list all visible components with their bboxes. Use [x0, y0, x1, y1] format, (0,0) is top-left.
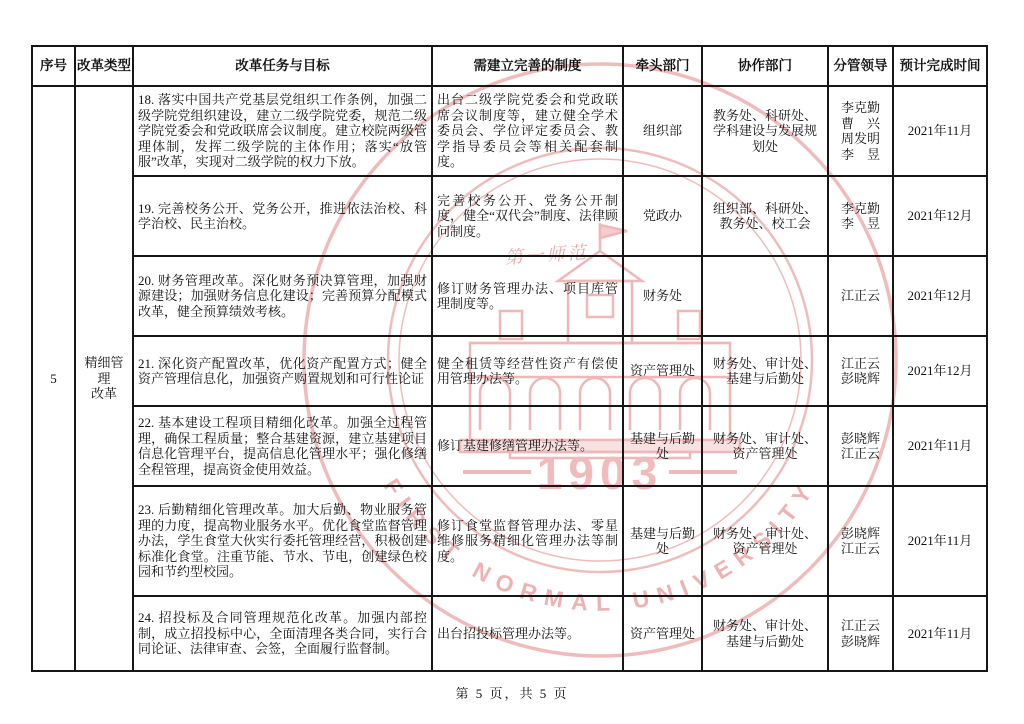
table-row: 24. 招投标及合同管理规范化改革。加强内部控制，成立招投标中心，全面清理各类合…: [32, 596, 987, 671]
table-row: 19. 完善校务公开、党务公开，推进依法治校、科学治校、民主治校。 完善校务公开…: [32, 176, 987, 256]
header-seq: 序号: [32, 46, 75, 86]
cell-leaders: 彭晓辉 江正云: [828, 486, 893, 596]
table-row: 23. 后勤精细化管理改革。加大后勤、物业服务管理的力度，提高物业服务水平。优化…: [32, 486, 987, 596]
cell-collab-dept: 财务处、审计处、资产管理处: [702, 406, 828, 486]
cell-time: 2021年11月: [893, 86, 987, 176]
cell-time: 2021年11月: [893, 596, 987, 671]
cell-collab-dept: [702, 256, 828, 336]
cell-leaders: 江正云: [828, 256, 893, 336]
document-page: { "page": { "footer": "第 5 页，共 5 页" }, "…: [0, 0, 1024, 724]
header-reform-type: 改革类型: [75, 46, 133, 86]
reform-tasks-table: 序号 改革类型 改革任务与目标 需建立完善的制度 牵头部门 协作部门 分管领导 …: [31, 45, 988, 672]
cell-lead-dept: 党政办: [623, 176, 702, 256]
cell-system: 出台二级学院党委会和党政联席会议制度等，建立健全学术委员会、学位评定委员会、教学…: [432, 86, 623, 176]
cell-collab-dept: 财务处、审计处、资产管理处: [702, 486, 828, 596]
cell-system: 出台招投标管理办法等。: [432, 596, 623, 671]
header-leaders: 分管领导: [828, 46, 893, 86]
cell-task: 23. 后勤精细化管理改革。加大后勤、物业服务管理的力度，提高物业服务水平。优化…: [133, 486, 432, 596]
cell-task: 19. 完善校务公开、党务公开，推进依法治校、科学治校、民主治校。: [133, 176, 432, 256]
table-row: 5 精细管理 改革 18. 落实中国共产党基层党组织工作条例，加强二级学院党组织…: [32, 86, 987, 176]
header-lead-dept: 牵头部门: [623, 46, 702, 86]
cell-leaders: 李克勤 李 昱: [828, 176, 893, 256]
cell-task: 18. 落实中国共产党基层党组织工作条例，加强二级学院党组织建设，建立二级学院党…: [133, 86, 432, 176]
cell-system: 修订基建修缮管理办法等。: [432, 406, 623, 486]
cell-time: 2021年12月: [893, 336, 987, 406]
cell-system: 修订食堂监督管理办法、零星维修服务精细化管理办法等制度。: [432, 486, 623, 596]
cell-task: 22. 基本建设工程项目精细化改革。加强全过程管理，确保工程质量；整合基建资源，…: [133, 406, 432, 486]
cell-time: 2021年11月: [893, 486, 987, 596]
header-task: 改革任务与目标: [133, 46, 432, 86]
cell-lead-dept: 基建与后勤处: [623, 406, 702, 486]
cell-leaders: 彭晓辉 江正云: [828, 406, 893, 486]
cell-collab-dept: 教务处、科研处、学科建设与发展规划处: [702, 86, 828, 176]
cell-reform-type: 精细管理 改革: [75, 86, 133, 671]
cell-lead-dept: 资产管理处: [623, 596, 702, 671]
page-number-footer: 第 5 页，共 5 页: [0, 683, 1024, 702]
cell-seq: 5: [32, 86, 75, 671]
header-row: 序号 改革类型 改革任务与目标 需建立完善的制度 牵头部门 协作部门 分管领导 …: [32, 46, 987, 86]
cell-lead-dept: 组织部: [623, 86, 702, 176]
cell-lead-dept: 财务处: [623, 256, 702, 336]
cell-leaders: 江正云 彭晓辉: [828, 336, 893, 406]
cell-collab-dept: 财务处、审计处、基建与后勤处: [702, 336, 828, 406]
cell-collab-dept: 财务处、审计处、基建与后勤处: [702, 596, 828, 671]
cell-task: 24. 招投标及合同管理规范化改革。加强内部控制，成立招投标中心，全面清理各类合…: [133, 596, 432, 671]
cell-time: 2021年12月: [893, 256, 987, 336]
cell-lead-dept: 基建与后勤处: [623, 486, 702, 596]
cell-task: 21. 深化资产配置改革，优化资产配置方式；健全资产管理信息化，加强资产购置规划…: [133, 336, 432, 406]
cell-system: 完善校务公开、党务公开制度，健全“双代会”制度、法律顾问制度。: [432, 176, 623, 256]
cell-leaders: 江正云 彭晓辉: [828, 596, 893, 671]
cell-system: 健全租赁等经营性资产有偿使用管理办法等。: [432, 336, 623, 406]
cell-task: 20. 财务管理改革。深化财务预决算管理，加强财源建设；加强财务信息化建设；完善…: [133, 256, 432, 336]
cell-leaders: 李克勤 曹 兴 周发明 李 昱: [828, 86, 893, 176]
table-row: 20. 财务管理改革。深化财务预决算管理，加强财源建设；加强财务信息化建设；完善…: [32, 256, 987, 336]
header-collab-dept: 协作部门: [702, 46, 828, 86]
cell-lead-dept: 资产管理处: [623, 336, 702, 406]
table-row: 21. 深化资产配置改革，优化资产配置方式；健全资产管理信息化，加强资产购置规划…: [32, 336, 987, 406]
cell-time: 2021年12月: [893, 176, 987, 256]
cell-time: 2021年11月: [893, 406, 987, 486]
table-row: 22. 基本建设工程项目精细化改革。加强全过程管理，确保工程质量；整合基建资源，…: [32, 406, 987, 486]
header-system: 需建立完善的制度: [432, 46, 623, 86]
header-time: 预计完成时间: [893, 46, 987, 86]
cell-system: 修订财务管理办法、项目库管理制度等。: [432, 256, 623, 336]
cell-collab-dept: 组织部、科研处、教务处、校工会: [702, 176, 828, 256]
